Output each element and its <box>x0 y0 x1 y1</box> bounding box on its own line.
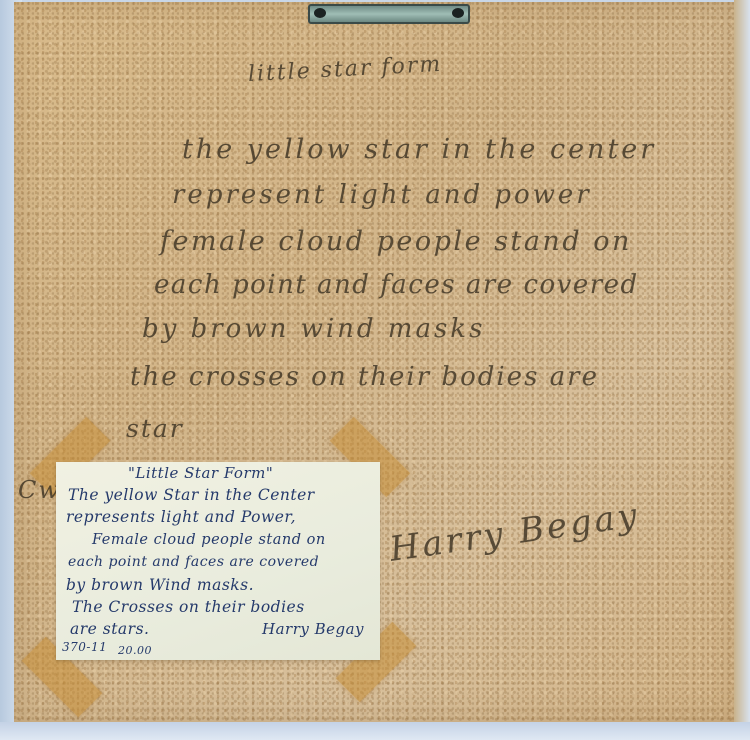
hanger-hole <box>314 8 326 18</box>
card-line: The yellow Star in the Center <box>68 486 315 504</box>
sawtooth-hanger <box>308 4 470 24</box>
card-signature: Harry Begay <box>262 620 364 638</box>
pencil-line: the yellow star in the center <box>182 134 656 165</box>
card-line: Female cloud people stand on <box>92 532 326 548</box>
hanger-hole <box>452 8 464 18</box>
pencil-margin-mark: Cw <box>18 476 61 504</box>
card-line: each point and faces are covered <box>68 554 319 570</box>
pencil-line: star <box>126 414 184 443</box>
card-line: are stars. <box>70 620 149 638</box>
backdrop-bottom <box>0 722 750 740</box>
card-price: 20.00 <box>118 644 152 657</box>
card-title: "Little Star Form" <box>128 464 273 482</box>
board-edge <box>734 0 750 722</box>
card-line: by brown Wind masks. <box>66 576 254 594</box>
pencil-line: the crosses on their bodies are <box>130 362 599 392</box>
pencil-line: by brown wind masks <box>142 314 485 344</box>
card-line: The Crosses on their bodies <box>72 598 305 616</box>
pencil-line: each point and faces are covered <box>154 270 639 300</box>
artist-card: "Little Star Form" The yellow Star in th… <box>56 462 380 660</box>
card-catalog-number: 370-11 <box>62 640 107 654</box>
pencil-line: represent light and power <box>172 180 592 210</box>
pencil-line: female cloud people stand on <box>160 226 632 257</box>
card-line: represents light and Power, <box>66 508 296 526</box>
